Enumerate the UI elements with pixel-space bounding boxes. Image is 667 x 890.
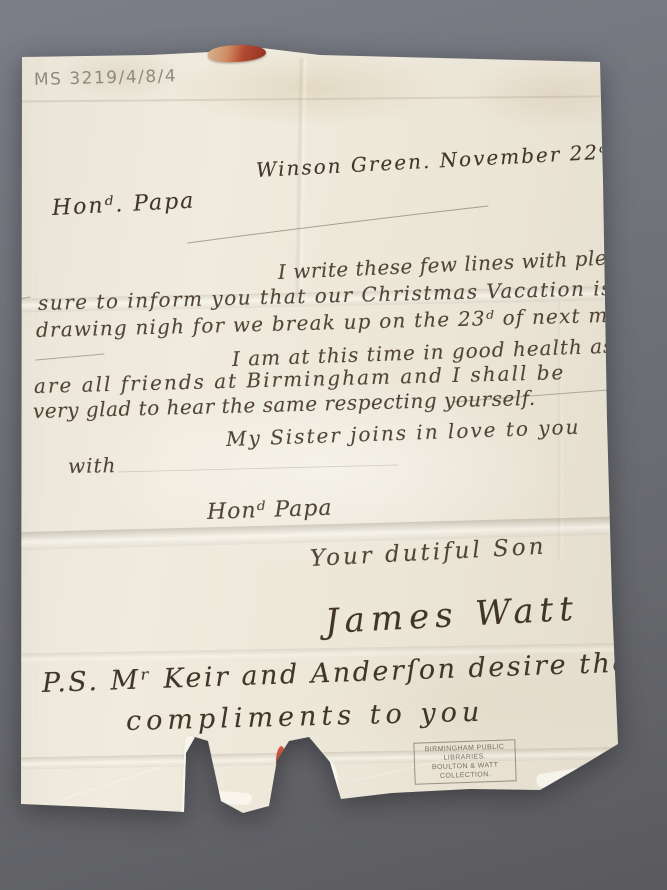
letter-valediction: Your dutiful Son — [309, 534, 547, 572]
paper-fold-bottom — [0, 746, 660, 770]
torn-edge-highlight — [181, 736, 196, 816]
letter-postscript-line: compliments to you — [126, 697, 485, 737]
letter-closing-salutation: Honᵈ Papa — [207, 496, 333, 525]
letter-body-line: with — [68, 453, 117, 478]
sealing-wax-remnant-tear — [275, 746, 286, 774]
photo-backdrop: MS 3219/4/8/4 Winson Green. November 22ᵈ… — [0, 0, 667, 890]
letter-salutation: Honᵈ. Papa — [51, 189, 196, 221]
torn-edge-highlight — [285, 738, 319, 806]
stamp-line: COLLECTION. — [440, 770, 491, 781]
paper-crease-top — [20, 95, 600, 102]
torn-edge-highlight — [212, 791, 253, 806]
archive-shelfmark: MS 3219/4/8/4 — [34, 66, 178, 90]
library-stamp: BIRMINGHAM PUBLIC LIBRARIES. BOULTON & W… — [413, 739, 516, 785]
letter-paper-wrap: MS 3219/4/8/4 Winson Green. November 22ᵈ… — [0, 0, 667, 890]
letter-signature: James Watt — [324, 589, 580, 642]
torn-edge-highlight — [535, 762, 620, 789]
torn-edge-highlight — [315, 759, 341, 803]
letter-postscript-line: P.S. Mʳ Keir and Anderſon desire their — [41, 647, 657, 699]
letter-body-line: My Sister joins in love to you — [226, 415, 581, 451]
letter-paper: MS 3219/4/8/4 Winson Green. November 22ᵈ… — [0, 0, 667, 890]
letter-dateline: Winson Green. November 22ᵈ 1779 — [255, 136, 667, 182]
